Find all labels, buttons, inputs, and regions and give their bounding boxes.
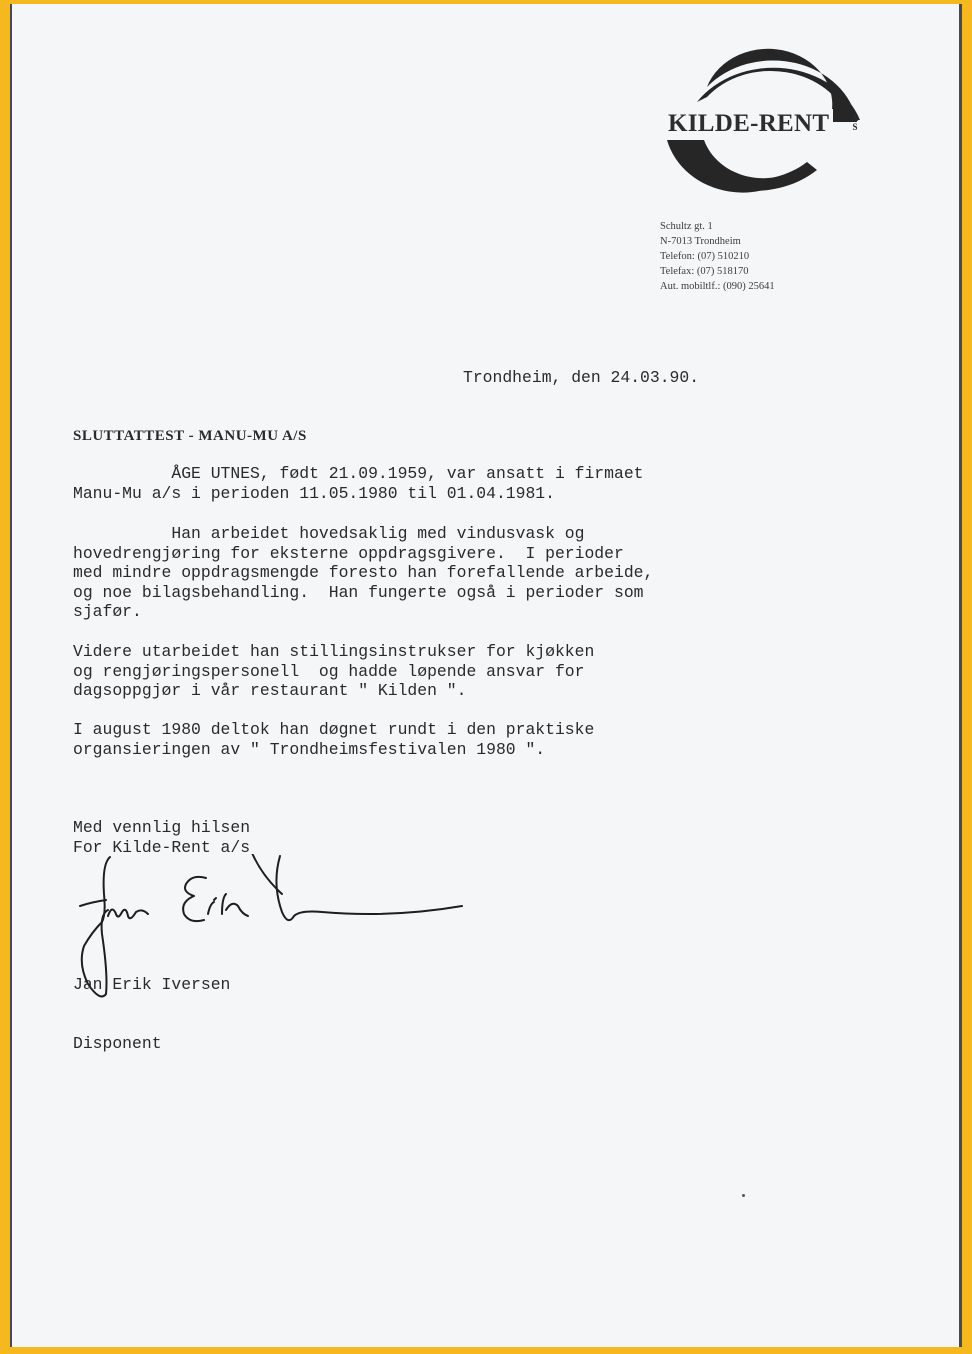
- company-suffix: A S: [850, 114, 860, 132]
- signer-name: Jan Erik Iversen: [73, 975, 230, 995]
- signer-block: Jan Erik Iversen Disponent: [73, 936, 230, 1092]
- address-street: Schultz gt. 1: [660, 219, 775, 234]
- paper-speck: [742, 1194, 745, 1197]
- company-name: KILDE-RENT: [666, 109, 833, 139]
- paragraph-responsibilities: Videre utarbeidet han stillingsinstrukse…: [73, 642, 594, 701]
- letter-page: KILDE-RENT A S Schultz gt. 1 N-7013 Tron…: [10, 4, 962, 1347]
- place-date: Trondheim, den 24.03.90.: [463, 368, 699, 387]
- letter-subject: SLUTTATTEST - MANU-MU A/S: [73, 428, 307, 445]
- company-logo: KILDE-RENT A S: [652, 42, 882, 212]
- paragraph-employment: ÅGE UTNES, født 21.09.1959, var ansatt i…: [73, 464, 644, 503]
- company-address: Schultz gt. 1 N-7013 Trondheim Telefon: …: [660, 219, 775, 294]
- paragraph-duties: Han arbeidet hovedsaklig med vindusvask …: [73, 524, 653, 622]
- address-city: N-7013 Trondheim: [660, 234, 775, 249]
- address-phone: Telefon: (07) 510210: [660, 249, 775, 264]
- signer-title: Disponent: [73, 1034, 230, 1054]
- closing: Med vennlig hilsen For Kilde-Rent a/s: [73, 818, 250, 857]
- address-mobile: Aut. mobiltlf.: (090) 25641: [660, 279, 775, 294]
- address-fax: Telefax: (07) 518170: [660, 264, 775, 279]
- paragraph-festival: I august 1980 deltok han døgnet rundt i …: [73, 720, 594, 759]
